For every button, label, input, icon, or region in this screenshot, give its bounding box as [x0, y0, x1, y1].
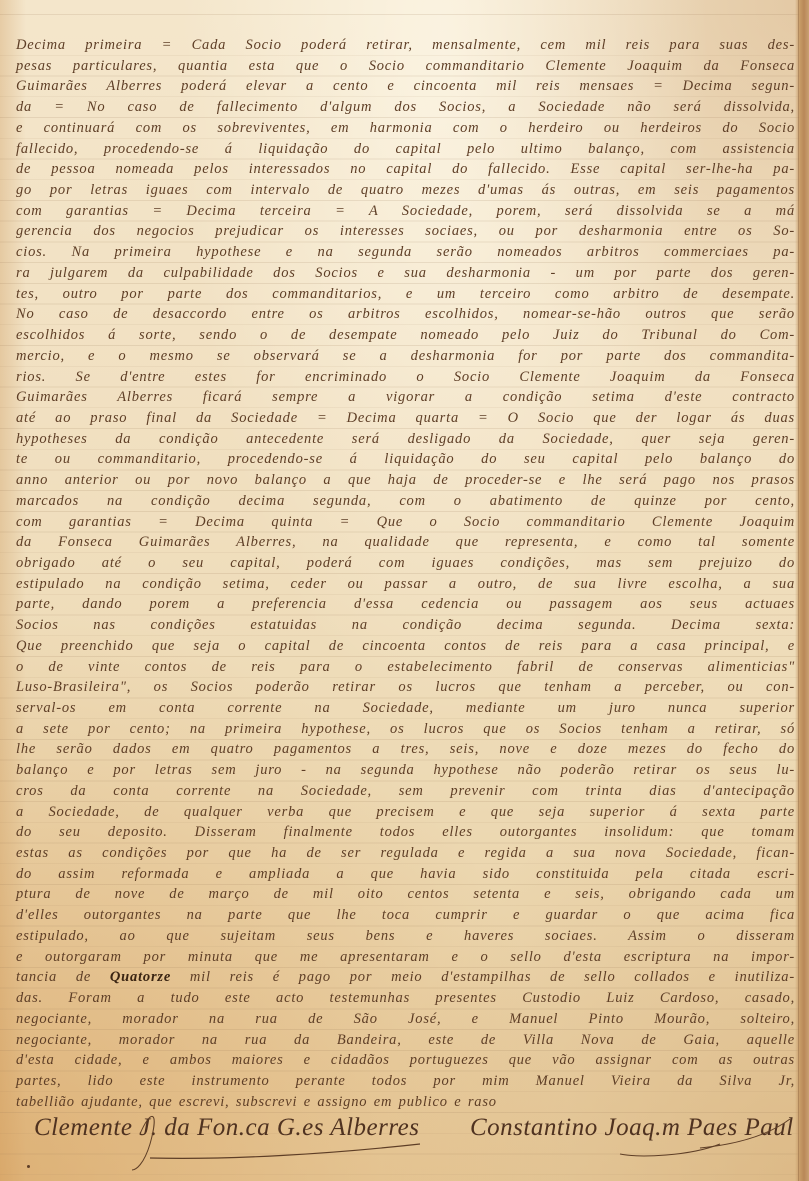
manuscript-line: escolhidos á sorte, sendo o de desempate… [16, 325, 795, 346]
manuscript-line: serval-os em conta corrente na Sociedade… [16, 698, 795, 719]
manuscript-line: negociante, morador na rua de São José, … [16, 1009, 795, 1030]
manuscript-line: do assim reformada e ampliada a que havi… [16, 864, 795, 885]
emphasized-amount: Quatorze [110, 969, 171, 985]
manuscript-line: lhe serão dados em quatro pagamentos a t… [16, 739, 795, 760]
signature-left: Clemente J. da Fon.ca G.es Alberres [34, 1114, 419, 1142]
manuscript-line: Decima primeira = Cada Socio poderá reti… [16, 35, 795, 56]
manuscript-line: mercio, e o mesmo se observará se a desh… [16, 346, 795, 367]
manuscript-body: Decima primeira = Cada Socio poderá reti… [16, 35, 795, 1112]
manuscript-line: marcados na condição decima segunda, com… [16, 491, 795, 512]
manuscript-line: ptura de nove de março de mil oito cento… [16, 884, 795, 905]
manuscript-line: cros da conta corrente na Sociedade, sem… [16, 781, 795, 802]
manuscript-line: balanço e por letras sem juro - na segun… [16, 760, 795, 781]
page-edge-line [798, 0, 799, 1181]
line-text-before: tancia de [16, 969, 110, 985]
manuscript-line: e outorgaram por minuta que me apresenta… [16, 947, 795, 968]
manuscript-line: até ao praso final da Sociedade = Decima… [16, 408, 795, 429]
manuscript-line: da = No caso de fallecimento d'algum dos… [16, 97, 795, 118]
manuscript-line: d'elles outorgantes na parte que lhe toc… [16, 905, 795, 926]
manuscript-line: Socios nas condições estatuidas na condi… [16, 615, 795, 636]
manuscript-line: d'esta cidade, e ambos maiores e cidadão… [16, 1050, 795, 1071]
manuscript-line: cios. Na primeira hypothese e na segunda… [16, 242, 795, 263]
manuscript-line: estas as condições por que ha de ser reg… [16, 843, 795, 864]
manuscript-line: anno anterior ou por novo balanço a que … [16, 470, 795, 491]
line-text-after: mil reis é pago por meio d'estampilhas d… [171, 969, 795, 985]
manuscript-line: a sete por cento; na primeira hypothese,… [16, 719, 795, 740]
manuscript-line: go por letras iguaes com intervalo de qu… [16, 180, 795, 201]
manuscript-line: com garantias = Decima quinta = Que o So… [16, 512, 795, 533]
manuscript-line: ra julgarem da culpabilidade dos Socios … [16, 263, 795, 284]
manuscript-line: o de vinte contos de reis para o estabel… [16, 657, 795, 678]
manuscript-line: estipulado, ao que sujeitam seus bens e … [16, 926, 795, 947]
manuscript-line-final: tabellião ajudante, que escrevi, subscre… [16, 1092, 795, 1113]
manuscript-line: obrigado até o seu capital, poderá com i… [16, 553, 795, 574]
manuscript-line: Guimarães Alberres ficará sempre a vigor… [16, 387, 795, 408]
manuscript-line: No caso de desaccordo entre os arbitros … [16, 304, 795, 325]
manuscript-line: gerencia dos negocios prejudicar os inte… [16, 221, 795, 242]
ink-dot [27, 1165, 30, 1168]
manuscript-line: partes, lido este instrumento perante to… [16, 1071, 795, 1092]
manuscript-line: negociante, morador na rua da Bandeira, … [16, 1030, 795, 1051]
manuscript-line: estipulado na condição setima, ceder ou … [16, 574, 795, 595]
manuscript-line: das. Foram a tudo este acto testemunhas … [16, 988, 795, 1009]
signature-right: Constantino Joaq.m Paes Paul [470, 1114, 794, 1142]
manuscript-line: parte, dando porem a preferencia d'essa … [16, 594, 795, 615]
manuscript-line-with-emphasis: tancia de Quatorze mil reis é pago por m… [16, 967, 795, 988]
manuscript-line: a Sociedade, de qualquer verba que preci… [16, 802, 795, 823]
manuscript-line: te ou commanditario, procedendo-se á liq… [16, 449, 795, 470]
signatures: Clemente J. da Fon.ca G.es Alberres Cons… [0, 1114, 809, 1164]
manuscript-line: hypotheses da condição antecedente será … [16, 429, 795, 450]
manuscript-line: Guimarães Alberres poderá elevar a cento… [16, 76, 795, 97]
manuscript-line: e continuará com os sobreviventes, em ha… [16, 118, 795, 139]
manuscript-line: Que preenchido que seja o capital de cin… [16, 636, 795, 657]
manuscript-line: com garantias = Decima terceira = A Soci… [16, 201, 795, 222]
manuscript-line: pesas particulares, quantia esta que o S… [16, 56, 795, 77]
manuscript-line: Luso-Brasileira", os Socios poderão reti… [16, 677, 795, 698]
manuscript-line: tes, outro por parte dos commanditarios,… [16, 284, 795, 305]
manuscript-line: da Fonseca Guimarães Alberres, na qualid… [16, 532, 795, 553]
manuscript-line: fallecido, procedendo-se á liquidação do… [16, 139, 795, 160]
manuscript-line: de pessoa nomeada pelos interessados no … [16, 159, 795, 180]
manuscript-line: do seu deposito. Disseram finalmente tod… [16, 822, 795, 843]
manuscript-line: rios. Se d'entre estes for encriminado o… [16, 367, 795, 388]
